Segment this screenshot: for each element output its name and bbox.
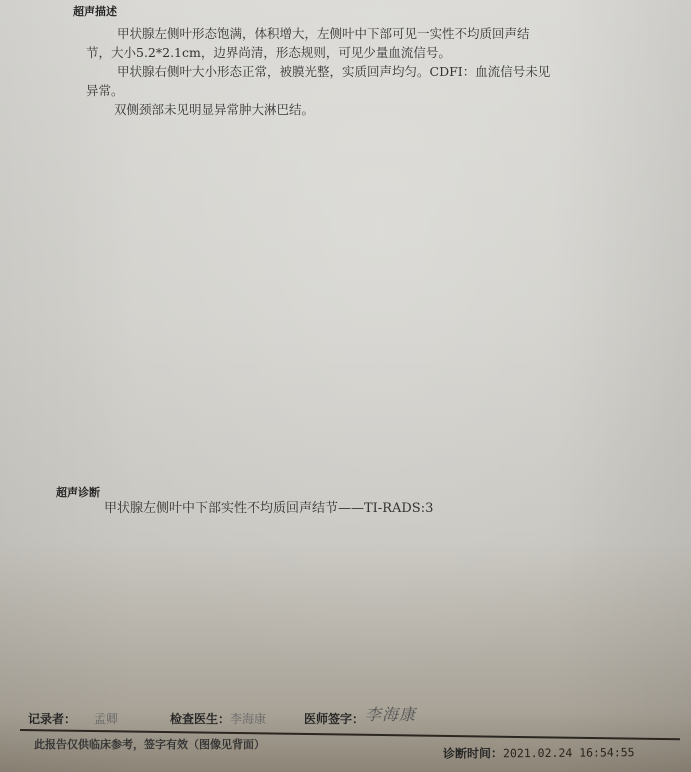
diagnosis-time-value: 2021.02.24 16:54:55 bbox=[503, 745, 635, 760]
recorder-value: 孟卿 bbox=[94, 712, 118, 726]
description-line-5: 双侧颈部未见明显异常肿大淋巴结。 bbox=[114, 100, 314, 119]
diagnosis-text: 甲状腺左侧叶中下部实性不均质回声结节——TI-RADS:3 bbox=[104, 499, 433, 518]
doctor-value: 李海康 bbox=[230, 712, 266, 726]
description-line-4: 异常。 bbox=[86, 81, 124, 100]
description-line-1: 甲状腺左侧叶形态饱满，体积增大，左侧叶中下部可见一实性不均质回声结 bbox=[117, 24, 530, 43]
recorder-field: 记录者： 孟卿 bbox=[28, 710, 118, 727]
diagnosis-title: 超声诊断 bbox=[56, 484, 100, 500]
paper-shading bbox=[0, 0, 691, 772]
description-line-2: 节，大小5.2*2.1cm，边界尚清，形态规则，可见少量血流信号。 bbox=[86, 43, 451, 62]
handwritten-signature: 李海康 bbox=[365, 702, 416, 725]
signature-field: 医师签字： bbox=[304, 710, 364, 727]
description-line-3: 甲状腺右侧叶大小形态正常，被膜光整，实质回声均匀。CDFI：血流信号未见 bbox=[117, 62, 550, 81]
diagnosis-time: 诊断时间：2021.02.24 16:54:55 bbox=[443, 743, 635, 762]
recorder-label: 记录者： bbox=[28, 712, 76, 726]
diagnosis-time-label: 诊断时间： bbox=[443, 746, 503, 761]
doctor-field: 检查医生：李海康 bbox=[170, 710, 266, 727]
description-title: 超声描述 bbox=[73, 3, 117, 19]
signature-label: 医师签字： bbox=[304, 712, 364, 726]
disclaimer-text: 此报告仅供临床参考，签字有效（图像见背面） bbox=[34, 736, 265, 752]
doctor-label: 检查医生： bbox=[170, 712, 230, 726]
